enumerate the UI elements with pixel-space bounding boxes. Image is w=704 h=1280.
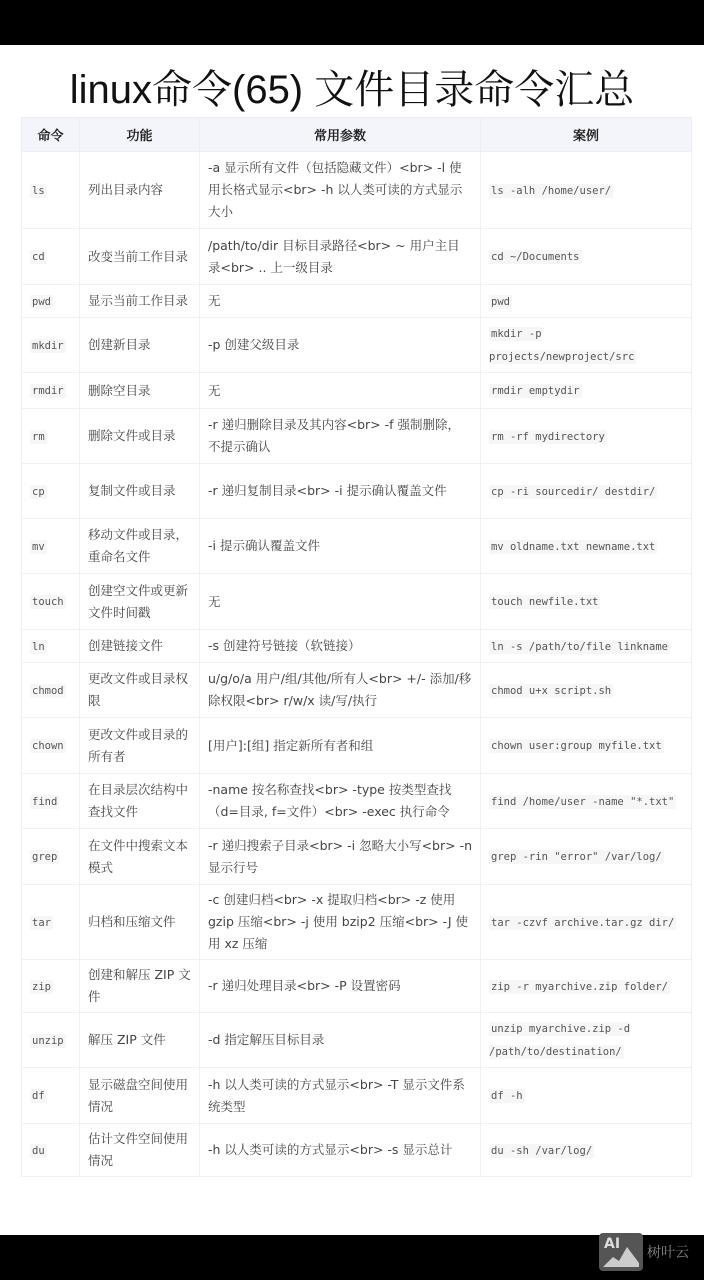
cell-command: grep	[22, 829, 80, 885]
cell-command: mkdir	[22, 318, 80, 373]
cell-params: 无	[200, 285, 481, 318]
cell-function: 改变当前工作目录	[80, 229, 200, 285]
table-row: touch创建空文件或更新文件时间戳无touch newfile.txt	[22, 574, 692, 630]
cell-command: cd	[22, 229, 80, 285]
cell-params: -c 创建归档<br> -x 提取归档<br> -z 使用 gzip 压缩<br…	[200, 885, 481, 960]
cell-example: touch newfile.txt	[481, 574, 692, 630]
cell-params: -h 以人类可读的方式显示<br> -s 显示总计	[200, 1124, 481, 1177]
cell-function: 复制文件或目录	[80, 464, 200, 519]
cell-function: 创建和解压 ZIP 文件	[80, 960, 200, 1013]
table-row: pwd显示当前工作目录无pwd	[22, 285, 692, 318]
cell-example: find /home/user -name "*.txt"	[481, 774, 692, 829]
cell-example: cd ~/Documents	[481, 229, 692, 285]
cell-example: rm -rf mydirectory	[481, 409, 692, 464]
cell-command: du	[22, 1124, 80, 1177]
page-title: linux命令(65) 文件目录命令汇总	[0, 58, 704, 115]
cell-command: tar	[22, 885, 80, 960]
cell-example: cp -ri sourcedir/ destdir/	[481, 464, 692, 519]
cell-example: chmod u+x script.sh	[481, 663, 692, 718]
cell-example: tar -czvf archive.tar.gz dir/	[481, 885, 692, 960]
table-row: grep在文件中搜索文本模式-r 递归搜索子目录<br> -i 忽略大小写<br…	[22, 829, 692, 885]
cell-example: zip -r myarchive.zip folder/	[481, 960, 692, 1013]
cell-command: touch	[22, 574, 80, 630]
cell-example: ln -s /path/to/file linkname	[481, 630, 692, 663]
table-row: zip创建和解压 ZIP 文件-r 递归处理目录<br> -P 设置密码zip …	[22, 960, 692, 1013]
cell-example: du -sh /var/log/	[481, 1124, 692, 1177]
cell-command: ln	[22, 630, 80, 663]
cell-params: -d 指定解压目标目录	[200, 1013, 481, 1068]
cell-example: grep -rin "error" /var/log/	[481, 829, 692, 885]
cell-function: 创建新目录	[80, 318, 200, 373]
cell-function: 删除空目录	[80, 373, 200, 409]
watermark: AI 树叶云	[599, 1233, 689, 1271]
cell-function: 估计文件空间使用情况	[80, 1124, 200, 1177]
cell-command: mv	[22, 519, 80, 574]
cell-function: 更改文件或目录的所有者	[80, 718, 200, 774]
header-params: 常用参数	[200, 118, 481, 152]
header-command: 命令	[22, 118, 80, 152]
cell-command: rm	[22, 409, 80, 464]
cell-params: 无	[200, 574, 481, 630]
cell-example: ls -alh /home/user/	[481, 152, 692, 229]
ai-image-icon: AI	[599, 1233, 643, 1271]
cell-params: -p 创建父级目录	[200, 318, 481, 373]
cell-function: 更改文件或目录权限	[80, 663, 200, 718]
cell-command: pwd	[22, 285, 80, 318]
table-row: cd改变当前工作目录/path/to/dir 目标目录路径<br> ~ 用户主目…	[22, 229, 692, 285]
cell-params: -r 递归删除目录及其内容<br> -f 强制删除，不提示确认	[200, 409, 481, 464]
cell-params: -s 创建符号链接（软链接）	[200, 630, 481, 663]
table-row: ls列出目录内容-a 显示所有文件（包括隐藏文件）<br> -l 使用长格式显示…	[22, 152, 692, 229]
cell-command: chown	[22, 718, 80, 774]
cell-params: [用户]:[组] 指定新所有者和组	[200, 718, 481, 774]
cell-params: /path/to/dir 目标目录路径<br> ~ 用户主目录<br> .. 上…	[200, 229, 481, 285]
cell-function: 删除文件或目录	[80, 409, 200, 464]
cell-example: mv oldname.txt newname.txt	[481, 519, 692, 574]
cell-example: mkdir -p projects/newproject/src	[481, 318, 692, 373]
table-row: mv移动文件或目录，重命名文件-i 提示确认覆盖文件mv oldname.txt…	[22, 519, 692, 574]
table-row: ln创建链接文件-s 创建符号链接（软链接）ln -s /path/to/fil…	[22, 630, 692, 663]
top-black-bar	[0, 0, 704, 45]
cell-function: 创建空文件或更新文件时间戳	[80, 574, 200, 630]
cell-params: -name 按名称查找<br> -type 按类型查找（d=目录, f=文件）<…	[200, 774, 481, 829]
cell-example: chown user:group myfile.txt	[481, 718, 692, 774]
cell-example: unzip myarchive.zip -d /path/to/destinat…	[481, 1013, 692, 1068]
cell-command: cp	[22, 464, 80, 519]
cell-function: 移动文件或目录，重命名文件	[80, 519, 200, 574]
cell-example: df -h	[481, 1068, 692, 1124]
cell-params: -r 递归复制目录<br> -i 提示确认覆盖文件	[200, 464, 481, 519]
table-row: chmod更改文件或目录权限u/g/o/a 用户/组/其他/所有人<br> +/…	[22, 663, 692, 718]
cell-command: ls	[22, 152, 80, 229]
cell-function: 显示当前工作目录	[80, 285, 200, 318]
header-function: 功能	[80, 118, 200, 152]
cell-command: chmod	[22, 663, 80, 718]
cell-function: 解压 ZIP 文件	[80, 1013, 200, 1068]
cell-params: -i 提示确认覆盖文件	[200, 519, 481, 574]
table-row: cp复制文件或目录-r 递归复制目录<br> -i 提示确认覆盖文件cp -ri…	[22, 464, 692, 519]
cell-function: 列出目录内容	[80, 152, 200, 229]
header-example: 案例	[481, 118, 692, 152]
cell-params: -a 显示所有文件（包括隐藏文件）<br> -l 使用长格式显示<br> -h …	[200, 152, 481, 229]
cell-command: zip	[22, 960, 80, 1013]
cell-function: 创建链接文件	[80, 630, 200, 663]
table-header-row: 命令 功能 常用参数 案例	[22, 118, 692, 152]
watermark-text: 树叶云	[647, 1242, 689, 1262]
table-row: rmdir删除空目录无rmdir emptydir	[22, 373, 692, 409]
table-row: df显示磁盘空间使用情况-h 以人类可读的方式显示<br> -T 显示文件系统类…	[22, 1068, 692, 1124]
cell-example: rmdir emptydir	[481, 373, 692, 409]
table-row: find在目录层次结构中查找文件-name 按名称查找<br> -type 按类…	[22, 774, 692, 829]
cell-function: 在目录层次结构中查找文件	[80, 774, 200, 829]
table-row: chown更改文件或目录的所有者[用户]:[组] 指定新所有者和组chown u…	[22, 718, 692, 774]
cell-params: -h 以人类可读的方式显示<br> -T 显示文件系统类型	[200, 1068, 481, 1124]
cell-command: rmdir	[22, 373, 80, 409]
table-row: rm删除文件或目录-r 递归删除目录及其内容<br> -f 强制删除，不提示确认…	[22, 409, 692, 464]
cell-params: 无	[200, 373, 481, 409]
cell-example: pwd	[481, 285, 692, 318]
table-row: unzip解压 ZIP 文件-d 指定解压目标目录unzip myarchive…	[22, 1013, 692, 1068]
cell-command: df	[22, 1068, 80, 1124]
command-table: 命令 功能 常用参数 案例 ls列出目录内容-a 显示所有文件（包括隐藏文件）<…	[21, 117, 692, 1177]
cell-params: -r 递归搜索子目录<br> -i 忽略大小写<br> -n 显示行号	[200, 829, 481, 885]
cell-function: 在文件中搜索文本模式	[80, 829, 200, 885]
cell-params: -r 递归处理目录<br> -P 设置密码	[200, 960, 481, 1013]
table-row: mkdir创建新目录-p 创建父级目录mkdir -p projects/new…	[22, 318, 692, 373]
cell-params: u/g/o/a 用户/组/其他/所有人<br> +/- 添加/移除权限<br> …	[200, 663, 481, 718]
cell-function: 显示磁盘空间使用情况	[80, 1068, 200, 1124]
cell-function: 归档和压缩文件	[80, 885, 200, 960]
cell-command: unzip	[22, 1013, 80, 1068]
cell-command: find	[22, 774, 80, 829]
table-row: tar归档和压缩文件-c 创建归档<br> -x 提取归档<br> -z 使用 …	[22, 885, 692, 960]
table-row: du估计文件空间使用情况-h 以人类可读的方式显示<br> -s 显示总计du …	[22, 1124, 692, 1177]
